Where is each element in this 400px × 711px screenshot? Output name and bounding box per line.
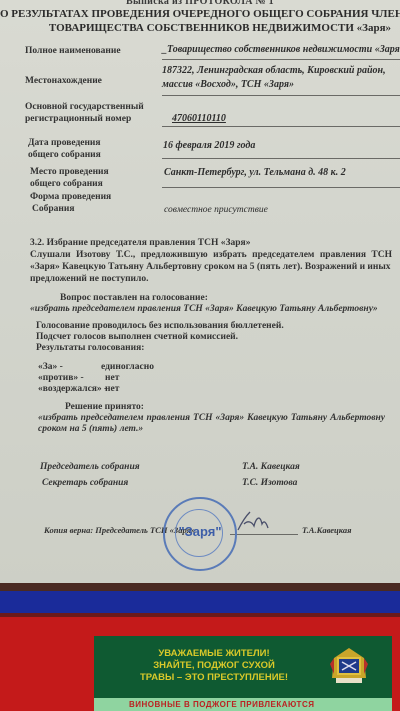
signature-name-chair: Т.А. Кавецкая <box>242 461 300 473</box>
signature-name-secretary: Т.С. Изотова <box>242 477 297 489</box>
field-label-date-2: общего собрания <box>28 149 101 161</box>
field-label-location: Местонахождение <box>25 75 102 87</box>
field-label-ogrn-1: Основной государственный <box>25 101 144 113</box>
poster-line-1: УВАЖАЕМЫЕ ЖИТЕЛИ! <box>114 648 314 660</box>
signature-role-secretary: Секретарь собрания <box>42 477 128 489</box>
underline <box>162 59 400 60</box>
question-text: «избрать председателем правления ТСН «За… <box>30 303 378 315</box>
field-label-full-name: Полное наименование <box>25 45 121 57</box>
blue-stripe <box>0 591 400 613</box>
header-line-1: О РЕЗУЛЬТАТАХ ПРОВЕДЕНИЯ ОЧЕРЕДНОГО ОБЩЕ… <box>0 8 400 20</box>
poster-bottom-text: ВИНОВНЫЕ В ПОДЖОГЕ ПРИВЛЕКАЮТСЯ <box>129 700 314 709</box>
section-para-1: Слушали Изотову Т.С., предложившую избра… <box>30 249 392 261</box>
stamp-seal: "Заря" <box>163 497 237 571</box>
field-label-ogrn-2: регистрационный номер <box>25 113 131 125</box>
results-label: Результаты голосования: <box>36 342 144 354</box>
signature-name-copy: Т.А.Кавецкая <box>302 524 352 536</box>
section-para-3: предложений не поступило. <box>30 273 148 285</box>
stripe-edge <box>0 613 400 617</box>
signature-line <box>230 534 298 535</box>
handwritten-signature-icon <box>236 508 272 534</box>
header-line-2: ТОВАРИЩЕСТВА СОБСТВЕННИКОВ НЕДВИЖИМОСТИ … <box>0 22 400 34</box>
result-abstain-option: «воздержался» - <box>38 383 107 395</box>
stamp-text: "Заря" <box>165 524 235 539</box>
field-label-form-2: Собрания <box>32 203 74 215</box>
section-para-2: «Заря» Кавецкую Татьяну Альбертовну срок… <box>30 261 391 273</box>
field-label-date-1: Дата проведения <box>28 137 101 149</box>
header-cut-line: Выписка из ПРОТОКОЛА № 1 <box>0 0 400 7</box>
poster-bottom-band: ВИНОВНЫЕ В ПОДЖОГЕ ПРИВЛЕКАЮТСЯ <box>94 698 392 711</box>
signature-role-chair: Председатель собрания <box>40 461 140 473</box>
underline <box>162 187 400 188</box>
underline <box>162 126 400 127</box>
field-value-location-1: 187322, Ленинградская область, Кировский… <box>162 64 386 77</box>
board-frame-top <box>0 583 400 591</box>
section-title: 3.2. Избрание председателя правления ТСН… <box>30 237 250 249</box>
result-abstain-value: нет <box>105 383 119 395</box>
underline <box>162 158 400 159</box>
poster-line-2: ЗНАЙТЕ, ПОДЖОГ СУХОЙ <box>114 660 314 672</box>
document-sheet: Выписка из ПРОТОКОЛА № 1 О РЕЗУЛЬТАТАХ П… <box>0 0 400 590</box>
field-value-location-2: массив «Восход», ТСН «Заря» <box>162 78 294 91</box>
field-value-ogrn: 47060110110 <box>172 112 226 125</box>
field-value-place: Санкт-Петербург, ул. Тельмана д. 48 к. 2 <box>164 166 346 179</box>
field-value-date: 16 февраля 2019 года <box>163 139 255 152</box>
field-label-place-1: Место проведения <box>30 166 109 178</box>
coat-of-arms-icon <box>326 644 372 690</box>
field-value-form: совместное присутствие <box>164 204 268 217</box>
poster-line-3: ТРАВЫ – ЭТО ПРЕСТУПЛЕНИЕ! <box>114 672 314 684</box>
decision-line-2: сроком на 5 (пять) лет.» <box>38 423 143 435</box>
field-value-full-name: _Товарищество собственников недвижимости… <box>162 43 400 56</box>
underline <box>162 95 400 96</box>
field-label-form-1: Форма проведения <box>30 191 111 203</box>
poster-heading: УВАЖАЕМЫЕ ЖИТЕЛИ! ЗНАЙТЕ, ПОДЖОГ СУХОЙ Т… <box>114 648 314 684</box>
fire-warning-poster: УВАЖАЕМЫЕ ЖИТЕЛИ! ЗНАЙТЕ, ПОДЖОГ СУХОЙ Т… <box>94 636 392 711</box>
field-label-place-2: общего собрания <box>30 178 103 190</box>
